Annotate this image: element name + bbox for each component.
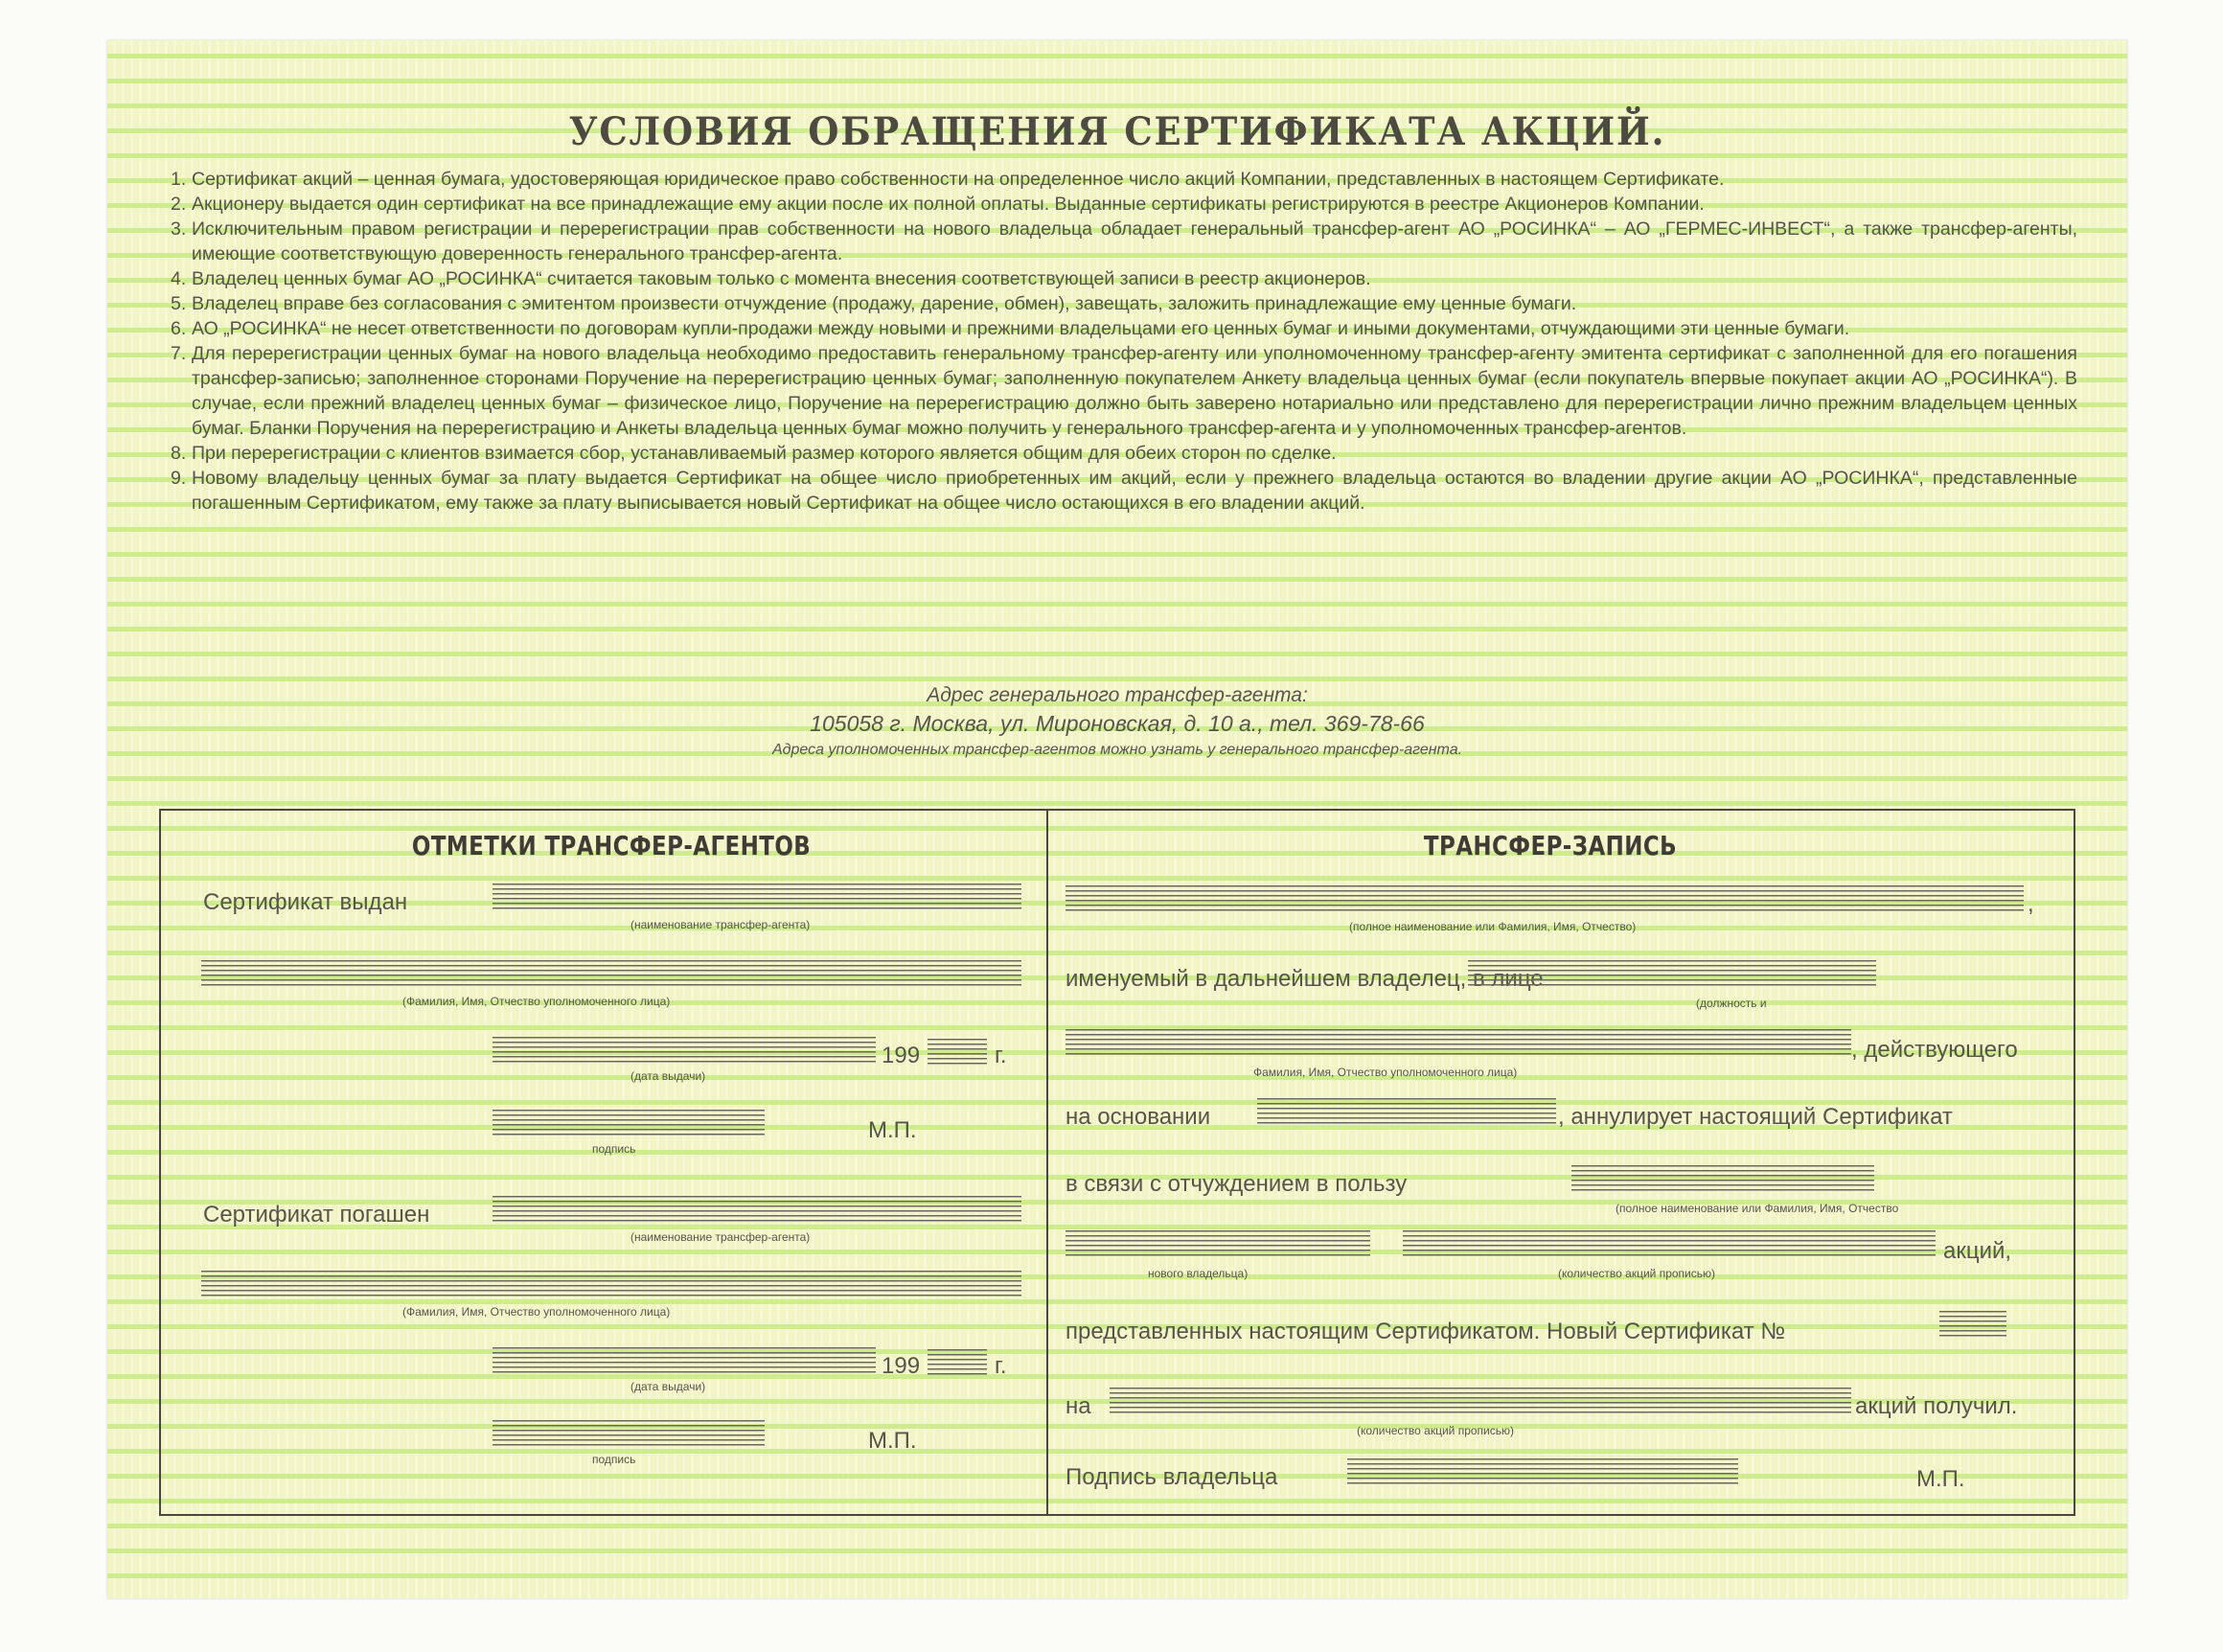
redeemed-agent-caption: (наименование трансфер-агента) (630, 1230, 810, 1244)
shares-count-field[interactable] (1403, 1230, 1936, 1259)
position-caption: (должность и (1696, 997, 1767, 1010)
redeemed-year-prefix: 199 (882, 1353, 920, 1380)
owner-name-comma: , (2028, 891, 2034, 918)
redeemed-stamp: М.П. (868, 1428, 917, 1455)
forms-box: ОТМЕТКИ ТРАНСФЕР-АГЕНТОВ Сертификат выда… (159, 809, 2075, 1516)
basis-text: на основании (1066, 1104, 1210, 1131)
address-heading: Адрес генерального трансфер-агента: (107, 682, 2127, 709)
issued-agent-field[interactable] (493, 883, 1021, 912)
redeemed-signature-field[interactable] (493, 1420, 765, 1449)
owner-name-caption: (полное наименование или Фамилия, Имя, О… (1349, 920, 1636, 933)
condition-item: 6.АО „РОСИНКА“ не несет ответственности … (171, 316, 2077, 341)
redeemed-year-suffix: г. (995, 1353, 1007, 1380)
representative-name-caption: Фамилия, Имя, Отчество уполномоченного л… (1253, 1066, 1517, 1079)
basis-field[interactable] (1257, 1098, 1556, 1127)
annul-text: , аннулирует настоящий Сертификат (1558, 1104, 1953, 1131)
issued-person-caption: (Фамилия, Имя, Отчество уполномоченного … (402, 995, 670, 1008)
issued-agent-caption: (наименование трансфер-агента) (630, 918, 810, 931)
condition-item: 1.Сертификат акций – ценная бумага, удос… (171, 167, 2077, 192)
conditions-list: 1.Сертификат акций – ценная бумага, удос… (171, 167, 2077, 516)
new-owner-name-continued-field[interactable] (1066, 1230, 1370, 1259)
owner-signature-field[interactable] (1347, 1458, 1738, 1487)
panel-divider (1046, 811, 1048, 1514)
condition-item: 3.Исключительным правом регистрации и пе… (171, 217, 2077, 266)
agent-address: Адрес генерального трансфер-агента: 1050… (107, 682, 2127, 763)
redeemed-date-field[interactable] (493, 1347, 876, 1376)
redeemed-year-field[interactable] (928, 1349, 987, 1378)
issued-signature-field[interactable] (493, 1110, 765, 1138)
issued-signature-caption: подпись (592, 1142, 635, 1156)
shares-text: акций, (1943, 1238, 2011, 1265)
alienation-text: в связи с отчуждением в пользу (1066, 1171, 1407, 1198)
owner-name-field[interactable] (1066, 885, 2024, 914)
acting-text: , действующего (1851, 1037, 2018, 1064)
issued-stamp: М.П. (868, 1117, 917, 1144)
issued-person-field[interactable] (201, 960, 1021, 989)
new-owner-caption-2: нового владельца) (1148, 1267, 1248, 1280)
received-caption: (количество акций прописью) (1357, 1424, 1514, 1437)
condition-item: 2.Акционеру выдается один сертификат на … (171, 192, 2077, 217)
condition-item: 9.Новому владельцу ценных бумаг за плату… (171, 466, 2077, 516)
transfer-stamp: М.П. (1916, 1466, 1965, 1493)
redeemed-signature-caption: подпись (592, 1453, 635, 1466)
redeemed-person-field[interactable] (201, 1271, 1021, 1299)
condition-item: 7.Для перерегистрации ценных бумаг на но… (171, 341, 2077, 441)
representative-position-field[interactable] (1468, 960, 1876, 989)
issued-date-caption: (дата выдачи) (630, 1069, 705, 1083)
address-note: Адреса уполномоченных трансфер-агентов м… (107, 738, 2127, 763)
issued-year-suffix: г. (995, 1043, 1007, 1069)
presented-text: представленных настоящим Сертификатом. Н… (1066, 1319, 1785, 1345)
received-text: акций получил. (1855, 1393, 2017, 1420)
issued-year-field[interactable] (928, 1039, 987, 1067)
redeemed-label: Сертификат погашен (203, 1202, 429, 1228)
new-certificate-number-field[interactable] (1939, 1311, 2006, 1340)
shares-caption: (количество акций прописью) (1558, 1267, 1715, 1280)
address-line: 105058 г. Москва, ул. Мироновская, д. 10… (107, 709, 2127, 738)
certificate-sheet: УСЛОВИЯ ОБРАЩЕНИЯ СЕРТИФИКАТА АКЦИЙ. 1.С… (107, 40, 2127, 1598)
issued-label: Сертификат выдан (203, 889, 407, 916)
owner-signature-text: Подпись владельца (1066, 1464, 1277, 1491)
redeemed-person-caption: (Фамилия, Имя, Отчество уполномоченного … (402, 1305, 670, 1319)
on-text: на (1066, 1393, 1091, 1420)
document-title: УСЛОВИЯ ОБРАЩЕНИЯ СЕРТИФИКАТА АКЦИЙ. (188, 109, 2046, 154)
received-shares-field[interactable] (1110, 1388, 1851, 1416)
redeemed-date-caption: (дата выдачи) (630, 1380, 705, 1393)
condition-item: 8.При перерегистрации с клиентов взимает… (171, 441, 2077, 466)
issued-date-field[interactable] (493, 1037, 876, 1066)
new-owner-caption-1: (полное наименование или Фамилия, Имя, О… (1616, 1202, 1898, 1215)
agents-panel-title: ОТМЕТКИ ТРАНСФЕР-АГЕНТОВ (336, 830, 886, 861)
condition-item: 5.Владелец вправе без согласования с эми… (171, 291, 2077, 316)
redeemed-agent-field[interactable] (493, 1196, 1021, 1225)
transfer-panel-title: ТРАНСФЕР-ЗАПИСЬ (1315, 830, 1786, 861)
representative-name-field[interactable] (1066, 1029, 1851, 1058)
new-owner-name-field[interactable] (1571, 1165, 1874, 1194)
issued-year-prefix: 199 (882, 1043, 920, 1069)
condition-item: 4.Владелец ценных бумаг АО „РОСИНКА“ счи… (171, 266, 2077, 291)
